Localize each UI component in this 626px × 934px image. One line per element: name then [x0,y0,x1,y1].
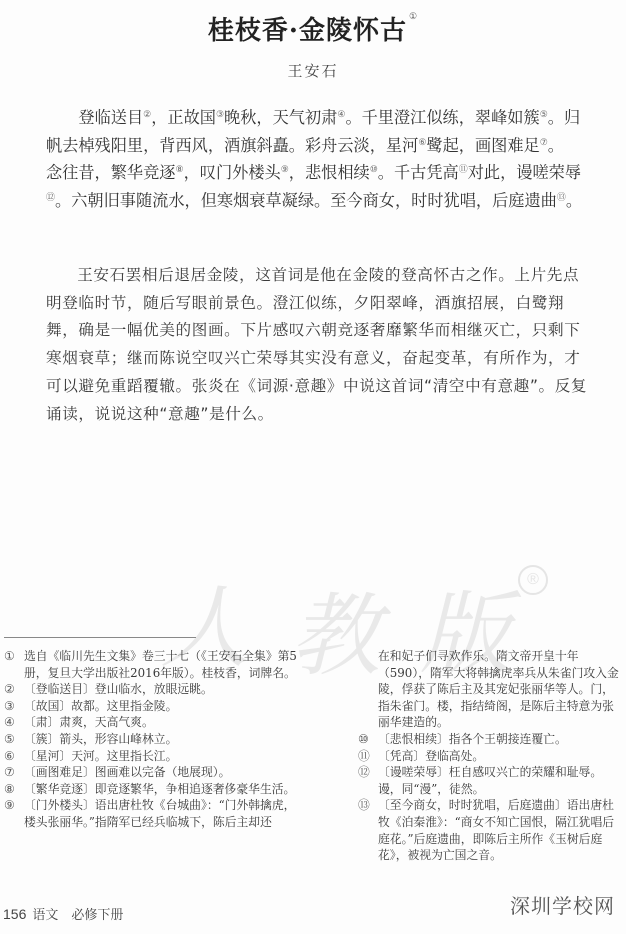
footnote-number [358,648,378,731]
commentary: 王安石罢相后退居金陵，这首词是他在金陵的登高怀古之作。上片先点明登临时节，随后写… [46,262,590,428]
author: 王安石 [0,60,626,81]
footnote-number: ② [4,681,24,698]
footnote-item: ②〔登临送目〕登山临水，放眼远眺。 [4,681,300,698]
footnote-marker: ⑤ [540,110,548,120]
footnote-item: 在和妃子们寻欢作乐。隋文帝开皇十年（590），隋军大将韩擒虎率兵从朱雀门攻入金陵… [358,648,620,731]
poem-text: 。六朝旧事随流水，但寒烟衰草凝绿。至今商女，时时犹唱，后庭遗曲 [55,191,557,210]
footnote-item: ⑥〔星河〕天河。这里指长江。 [4,748,300,765]
footnote-text: 〔谩嗟荣辱〕枉自感叹兴亡的荣耀和耻辱。谩，同“漫”，徒然。 [378,764,620,797]
footnote-text: 选自《临川先生文集》卷三十七（《王安石全集》第5册，复旦大学出版社2016年版）… [24,648,300,681]
footnote-number: ⑩ [358,731,378,748]
title-footnote-marker: ① [409,12,418,22]
footnote-marker: ② [143,110,151,120]
footnote-number: ③ [4,698,24,715]
footnote-text: 〔肃〕肃爽，天高气爽。 [24,714,300,731]
footnote-text: 〔星河〕天河。这里指长江。 [24,748,300,765]
registered-mark: ® [518,565,548,595]
footnote-number: ⑨ [4,797,24,830]
footnote-marker: ⑥ [418,138,426,148]
footnote-item: ⑧〔繁华竞逐〕即竞逐繁华，争相追逐奢侈豪华生活。 [4,781,300,798]
footnote-item: ⑩〔悲恨相续〕指各个王朝接连覆亡。 [358,731,620,748]
poem-text: ，悲恨相续 [289,163,370,182]
footnote-number: ① [4,648,24,681]
footnote-marker: ③ [216,110,224,120]
footnote-item: ⑫〔谩嗟荣辱〕枉自感叹兴亡的荣耀和耻辱。谩，同“漫”，徒然。 [358,764,620,797]
poem-body: 登临送目②，正故国③晚秋，天气初肃④。千里澄江似练，翠峰如簇⑤。归帆去棹残阳里，… [46,104,590,214]
poem-text: 对此，谩嗟荣辱 [468,163,581,182]
poem-text: 。千古凭高 [378,163,459,182]
footnotes-left-column: ①选自《临川先生文集》卷三十七（《王安石全集》第5册，复旦大学出版社2016年版… [4,648,300,831]
footnote-number: ④ [4,714,24,731]
footnote-number: ⑥ [4,748,24,765]
footnote-number: ⑫ [358,764,378,797]
poem-text: 晚秋，天气初肃 [224,108,337,127]
footnote-number: ⑦ [4,764,24,781]
footnote-item: ⑬〔至今商女，时时犹唱，后庭遗曲〕语出唐杜牧《泊秦淮》：“商女不知亡国恨，隔江犹… [358,797,620,863]
footnote-text: 〔登临送目〕登山临水，放眼远眺。 [24,681,300,698]
footnote-marker: ⑪ [459,165,468,175]
footnote-item: ④〔肃〕肃爽，天高气爽。 [4,714,300,731]
poem-text: ，正故国 [151,108,216,127]
footnote-marker: ④ [337,110,345,120]
site-watermark: 深圳学校网 [510,890,615,919]
footnote-item: ⑤〔簇〕箭头，形容山峰林立。 [4,731,300,748]
publisher-watermark: 人 教 版 [160,555,580,650]
page-footer: 156语文 必修下册 [3,904,123,923]
poem-text: 。 [566,191,582,210]
poem-text: 鹭起，画图难足 [426,136,539,155]
footnote-item: ⑨〔门外楼头〕语出唐杜牧《台城曲》：“门外韩擒虎，楼头张丽华。”指隋军已经兵临城… [4,797,300,830]
footnote-item: ⑪〔凭高〕登临高处。 [358,748,620,765]
poem-text: 登临送目 [78,108,143,127]
footnote-item: ⑦〔画图难足〕图画难以完备（地展现）。 [4,764,300,781]
footnote-text: 〔凭高〕登临高处。 [378,748,620,765]
footnote-marker: ⑫ [46,193,55,203]
footnote-number: ⑬ [358,797,378,863]
footnote-marker: ⑩ [370,165,378,175]
footnote-text: 〔簇〕箭头，形容山峰林立。 [24,731,300,748]
page-number: 156 [3,906,26,922]
footnote-marker: ⑦ [540,138,548,148]
footnote-text: 〔繁华竞逐〕即竞逐繁华，争相追逐奢侈豪华生活。 [24,781,300,798]
footnote-text: 〔门外楼头〕语出唐杜牧《台城曲》：“门外韩擒虎，楼头张丽华。”指隋军已经兵临城下… [24,797,300,830]
footnote-number: ⑤ [4,731,24,748]
commentary-paragraph: 王安石罢相后退居金陵，这首词是他在金陵的登高怀古之作。上片先点明登临时节，随后写… [46,262,590,428]
poem-text: 。千里澄江似练，翠峰如簇 [345,108,539,127]
footnote-text: 〔画图难足〕图画难以完备（地展现）。 [24,764,300,781]
footnote-text: 在和妃子们寻欢作乐。隋文帝开皇十年（590），隋军大将韩擒虎率兵从朱雀门攻入金陵… [378,648,620,731]
footnote-divider [4,637,196,638]
poem-paragraph: 登临送目②，正故国③晚秋，天气初肃④。千里澄江似练，翠峰如簇⑤。归帆去棹残阳里，… [46,104,590,214]
footnote-number: ⑧ [4,781,24,798]
footnote-marker: ⑧ [176,165,184,175]
footnote-text: 〔故国〕故都。这里指金陵。 [24,698,300,715]
footnote-text: 〔悲恨相续〕指各个王朝接连覆亡。 [378,731,620,748]
footnote-number: ⑪ [358,748,378,765]
footnote-item: ③〔故国〕故都。这里指金陵。 [4,698,300,715]
poem-text: ，叹门外楼头 [184,163,281,182]
footnote-marker: ⑨ [281,165,289,175]
title-text: 桂枝香·金陵怀古 [208,16,407,46]
footnote-text: 〔至今商女，时时犹唱，后庭遗曲〕语出唐杜牧《泊秦淮》：“商女不知亡国恨，隔江犹唱… [378,797,620,863]
footnote-marker: ⑬ [557,193,566,203]
footnote-item: ①选自《临川先生文集》卷三十七（《王安石全集》第5册，复旦大学出版社2016年版… [4,648,300,681]
footnotes-right-column: 在和妃子们寻欢作乐。隋文帝开皇十年（590），隋军大将韩擒虎率兵从朱雀门攻入金陵… [358,648,620,864]
book-title: 语文 必修下册 [32,907,123,922]
page-title: 桂枝香·金陵怀古① [0,10,626,47]
